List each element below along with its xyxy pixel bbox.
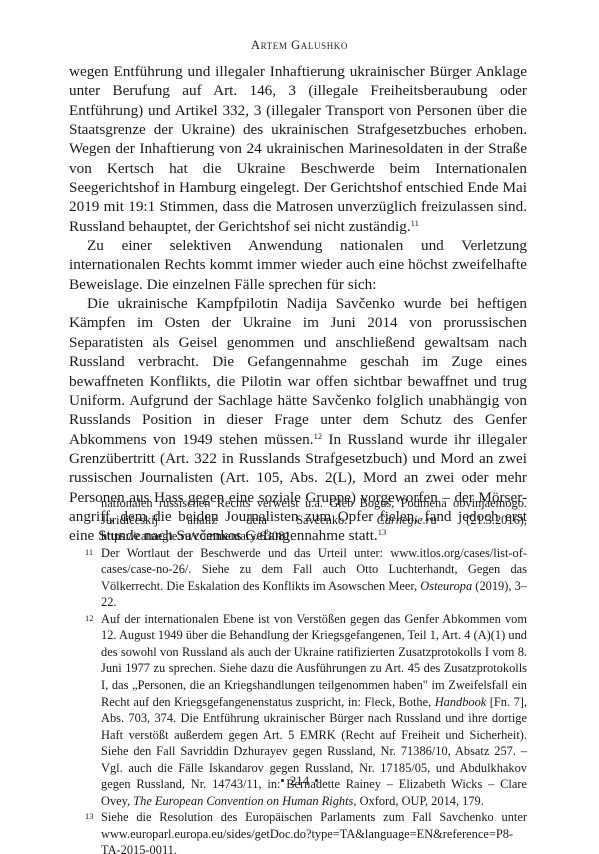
footnote-number: 12 [85, 610, 94, 627]
footnote-continuation: nationalen russischen Rechts verweist u.… [69, 495, 527, 545]
footnote-13: 13Siehe die Resolution des Europäischen … [69, 809, 527, 854]
footnote-text: Siehe die Resolution des Europäischen Pa… [101, 810, 527, 854]
paragraph-2: Zu einer selektiven Anwendung nationalen… [69, 236, 527, 294]
bullet-ornament-icon: • [280, 773, 285, 788]
footnote-text: [Fn. 7], Abs. 703, 374. Die Entführung u… [101, 695, 527, 808]
paragraph-text: wegen Entführung und illegaler Inhaftier… [69, 63, 527, 235]
bullet-ornament-icon: • [314, 773, 319, 788]
footnote-reference[interactable]: 11 [411, 218, 419, 228]
paragraph-text: Zu einer selektiven Anwendung nationalen… [69, 237, 527, 293]
footnote-number: 11 [85, 544, 93, 561]
footnote-text: , Oxford, OUP, 2014, 179. [353, 794, 483, 808]
footnote-italic: Carnegie.ru [377, 513, 437, 527]
running-head: Artem Galushko [0, 38, 599, 53]
body-text: wegen Entführung und illegaler Inhaftier… [69, 62, 527, 546]
footnote-italic: Handbook [435, 695, 487, 709]
page-number: •214• [0, 773, 599, 789]
footnote-number: 13 [85, 808, 94, 825]
paragraph-text: Die ukrainische Kampfpilotin Nadija Savč… [69, 295, 527, 447]
footnotes: nationalen russischen Rechts verweist u.… [69, 495, 527, 854]
footnote-italic: The European Convention on Human Rights [133, 794, 353, 808]
footnote-11: 11Der Wortlaut der Beschwerde und das Ur… [69, 545, 527, 611]
page-number-value: 214 [290, 773, 310, 788]
footnote-reference[interactable]: 12 [314, 431, 323, 441]
footnote-italic: Osteuropa [420, 579, 472, 593]
paragraph-1: wegen Entführung und illegaler Inhaftier… [69, 62, 527, 236]
